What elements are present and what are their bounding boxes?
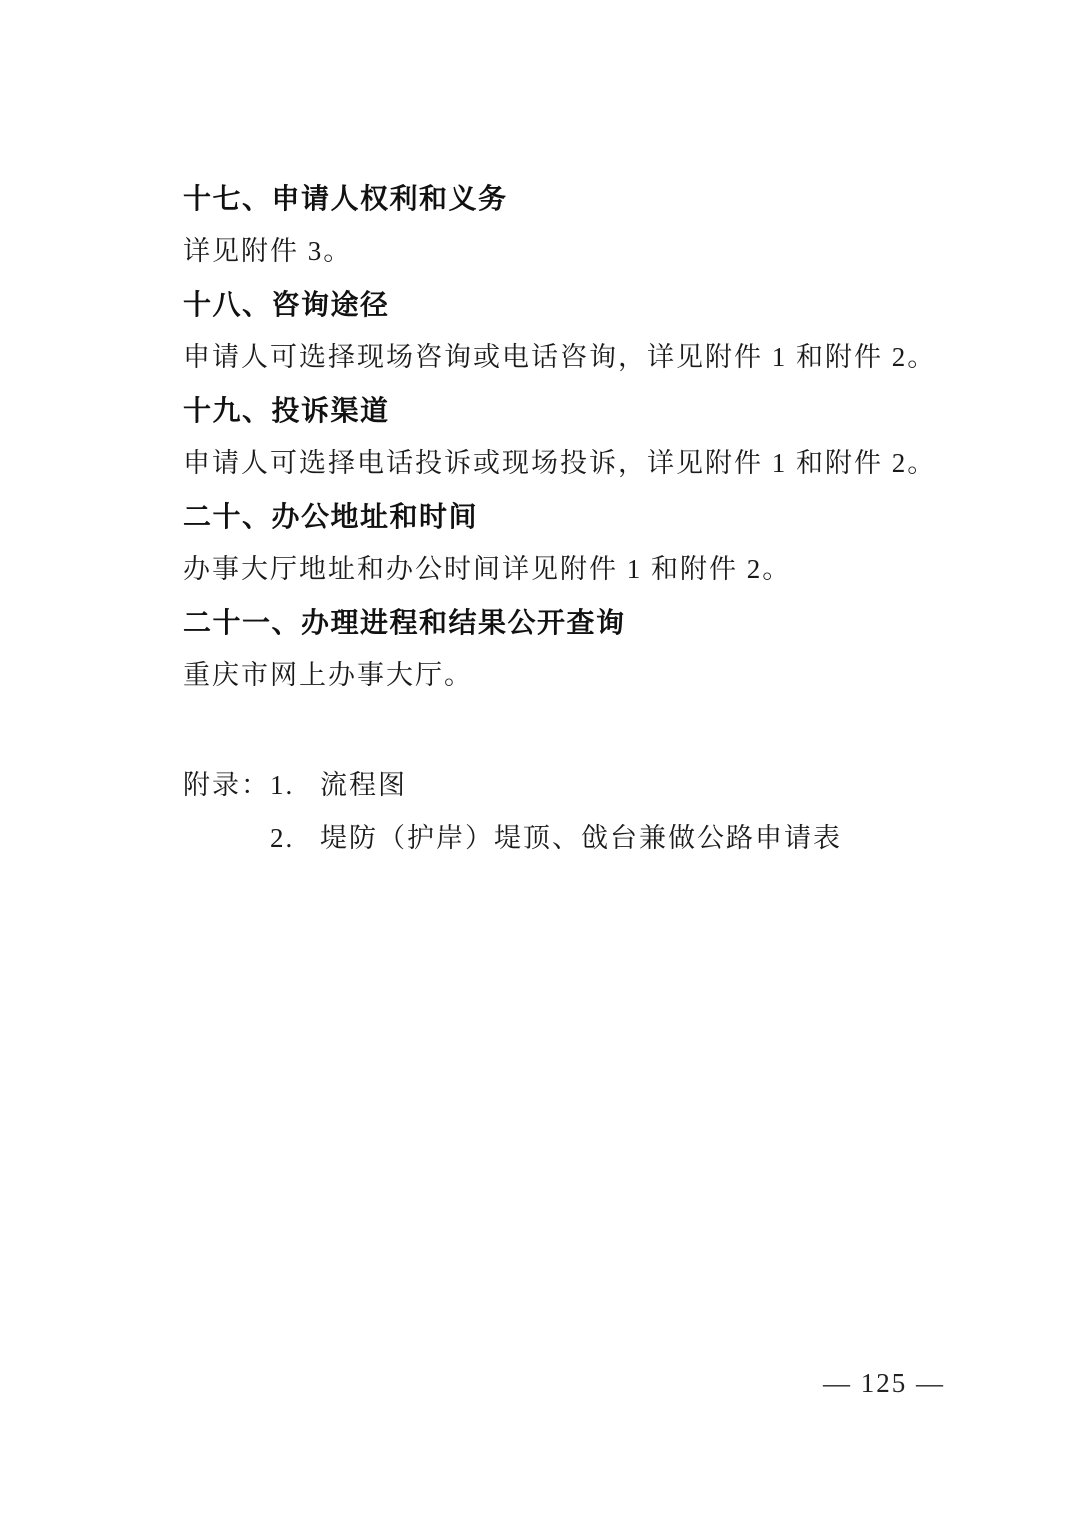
section-20: 二十、办公地址和时间 办事大厅地址和办公时间详见附件 1 和附件 2。	[183, 490, 943, 596]
appendix-items: 1. 流程图 2. 堤防（护岸）堤顶、戗台兼做公路申请表	[270, 759, 842, 865]
appendix-item-number: 1.	[270, 759, 300, 812]
document-page: 十七、申请人权利和义务 详见附件 3。 十八、咨询途径 申请人可选择现场咨询或电…	[0, 0, 1075, 1519]
section-body: 详见附件 3。	[183, 225, 943, 278]
section-heading: 二十、办公地址和时间	[183, 490, 943, 543]
section-18: 十八、咨询途径 申请人可选择现场咨询或电话咨询，详见附件 1 和附件 2。	[183, 278, 943, 384]
appendix-item-text: 流程图	[320, 759, 407, 812]
appendix-item-number: 2.	[270, 812, 300, 865]
appendix-label: 附录：	[183, 759, 270, 812]
appendix-block: 附录： 1. 流程图 2. 堤防（护岸）堤顶、戗台兼做公路申请表	[183, 759, 943, 865]
appendix-item: 1. 流程图	[270, 759, 842, 812]
section-body: 申请人可选择电话投诉或现场投诉，详见附件 1 和附件 2。	[183, 437, 943, 490]
appendix-item-text: 堤防（护岸）堤顶、戗台兼做公路申请表	[320, 812, 842, 865]
section-heading: 十七、申请人权利和义务	[183, 172, 943, 225]
document-content: 十七、申请人权利和义务 详见附件 3。 十八、咨询途径 申请人可选择现场咨询或电…	[183, 172, 943, 865]
section-heading: 二十一、办理进程和结果公开查询	[183, 596, 943, 649]
section-heading: 十八、咨询途径	[183, 278, 943, 331]
section-17: 十七、申请人权利和义务 详见附件 3。	[183, 172, 943, 278]
section-21: 二十一、办理进程和结果公开查询 重庆市网上办事大厅。	[183, 596, 943, 702]
page-number: — 125 —	[823, 1368, 945, 1399]
section-body: 重庆市网上办事大厅。	[183, 649, 943, 702]
section-body: 办事大厅地址和办公时间详见附件 1 和附件 2。	[183, 543, 943, 596]
section-heading: 十九、投诉渠道	[183, 384, 943, 437]
appendix-item: 2. 堤防（护岸）堤顶、戗台兼做公路申请表	[270, 812, 842, 865]
section-19: 十九、投诉渠道 申请人可选择电话投诉或现场投诉，详见附件 1 和附件 2。	[183, 384, 943, 490]
section-body: 申请人可选择现场咨询或电话咨询，详见附件 1 和附件 2。	[183, 331, 943, 384]
